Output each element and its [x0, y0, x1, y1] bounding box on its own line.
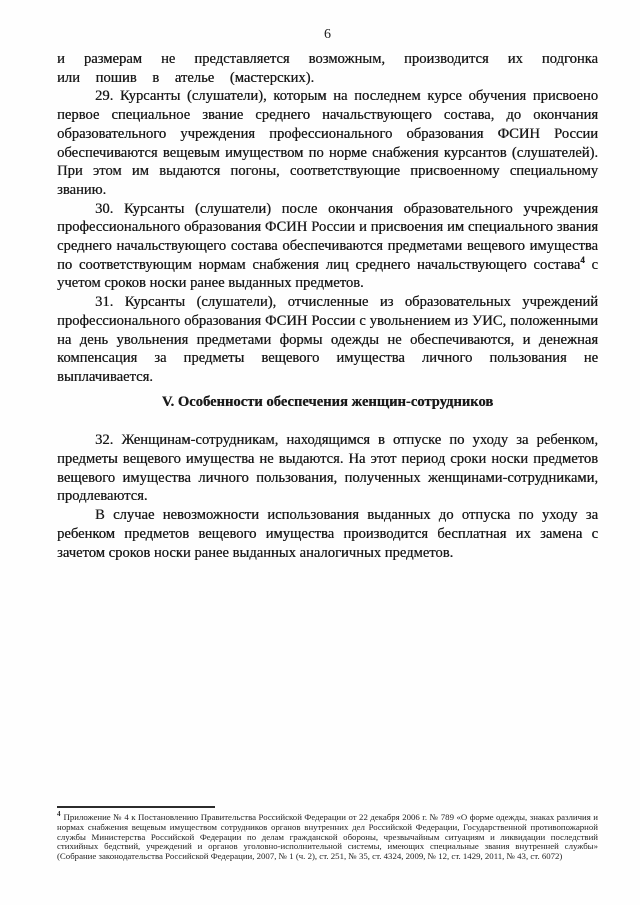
- paragraph-32: 32. Женщинам-сотрудникам, находящимся в …: [57, 431, 598, 506]
- paragraph-30-text: 30. Курсанты (слушатели) после окончания…: [57, 201, 598, 273]
- page-number: 6: [57, 26, 598, 44]
- footnote-body-text: Приложение № 4 к Постановлению Правитель…: [57, 812, 598, 861]
- paragraph-29: 29. Курсанты (слушатели), которым на пос…: [57, 87, 598, 199]
- paragraph-30: 30. Курсанты (слушатели) после окончания…: [57, 200, 598, 294]
- footnote-marker: 4: [57, 810, 61, 818]
- paragraph-31: 31. Курсанты (слушатели), отчисленные из…: [57, 293, 598, 387]
- section-heading-v: V. Особенности обеспечения женщин-сотруд…: [57, 393, 598, 412]
- paragraph-33: В случае невозможности использования выд…: [57, 506, 598, 562]
- document-body: и размерам не представляется возможным, …: [57, 50, 598, 562]
- footnote-block: 4Приложение № 4 к Постановлению Правител…: [57, 806, 598, 862]
- document-page: 6 и размерам не представляется возможным…: [0, 0, 640, 905]
- footnote-text: 4Приложение № 4 к Постановлению Правител…: [57, 813, 598, 862]
- paragraph-continuation: и размерам не представляется возможным, …: [57, 50, 598, 87]
- footnote-separator-line: [57, 806, 215, 808]
